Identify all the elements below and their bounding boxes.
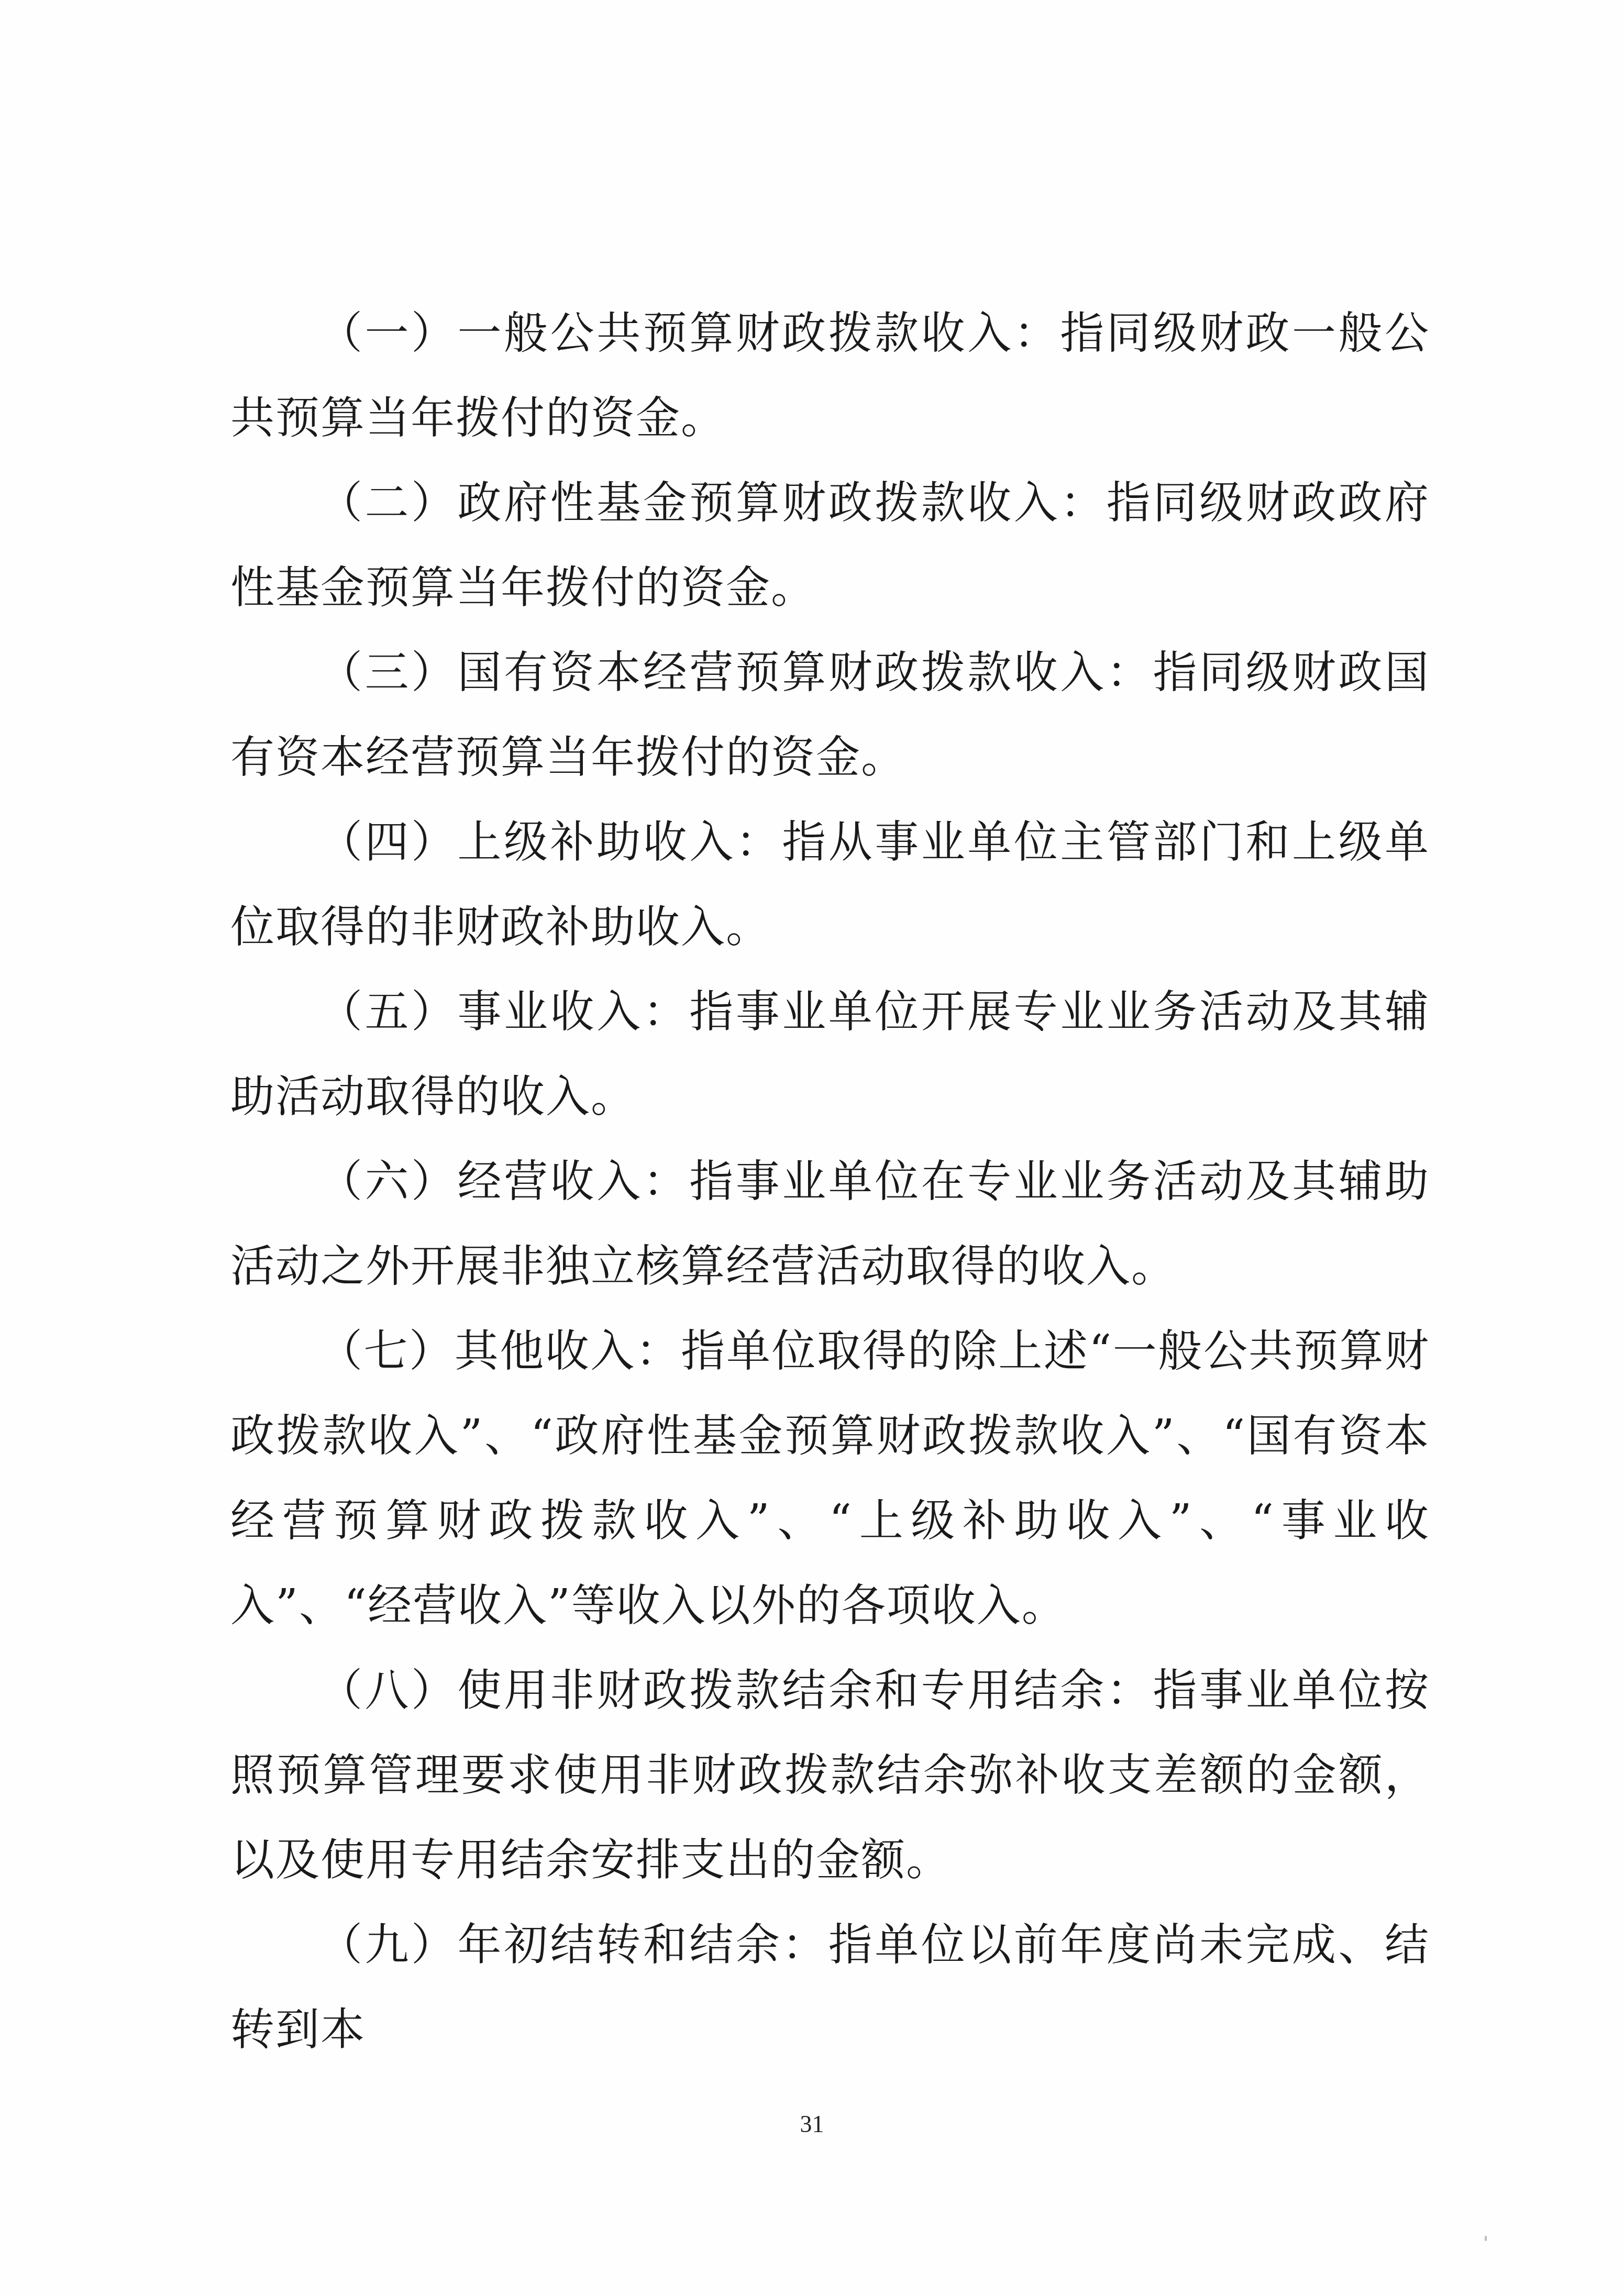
paragraph-carryover-and-surplus: （九）年初结转和结余：指单位以前年度尚未完成、结转到本 bbox=[230, 1902, 1430, 2072]
paragraph-business-income: （五）事业收入：指事业单位开展专业业务活动及其辅助活动取得的收入。 bbox=[230, 969, 1430, 1139]
paragraph-operating-income: （六）经营收入：指事业单位在专业业务活动及其辅助活动之外开展非独立核算经营活动取… bbox=[230, 1139, 1430, 1308]
paragraph-state-capital-appropriation: （三）国有资本经营预算财政拨款收入：指同级财政国有资本经营预算当年拨付的资金。 bbox=[230, 630, 1430, 800]
scan-artifact bbox=[1485, 2236, 1487, 2241]
paragraph-non-fiscal-surplus-usage: （八）使用非财政拨款结余和专用结余：指事业单位按照预算管理要求使用非财政拨款结余… bbox=[230, 1648, 1430, 1902]
document-page: （一）一般公共预算财政拨款收入：指同级财政一般公共预算当年拨付的资金。 （二）政… bbox=[0, 0, 1624, 2296]
paragraph-general-budget-appropriation: （一）一般公共预算财政拨款收入：指同级财政一般公共预算当年拨付的资金。 bbox=[230, 291, 1430, 460]
paragraph-government-fund-appropriation: （二）政府性基金预算财政拨款收入：指同级财政政府性基金预算当年拨付的资金。 bbox=[230, 460, 1430, 630]
body-text: （一）一般公共预算财政拨款收入：指同级财政一般公共预算当年拨付的资金。 （二）政… bbox=[230, 291, 1430, 2072]
page-number: 31 bbox=[0, 2110, 1624, 2138]
paragraph-other-income: （七）其他收入：指单位取得的除上述“一般公共预算财政拨款收入”、“政府性基金预算… bbox=[230, 1308, 1430, 1648]
paragraph-superior-subsidy-income: （四）上级补助收入：指从事业单位主管部门和上级单位取得的非财政补助收入。 bbox=[230, 800, 1430, 969]
